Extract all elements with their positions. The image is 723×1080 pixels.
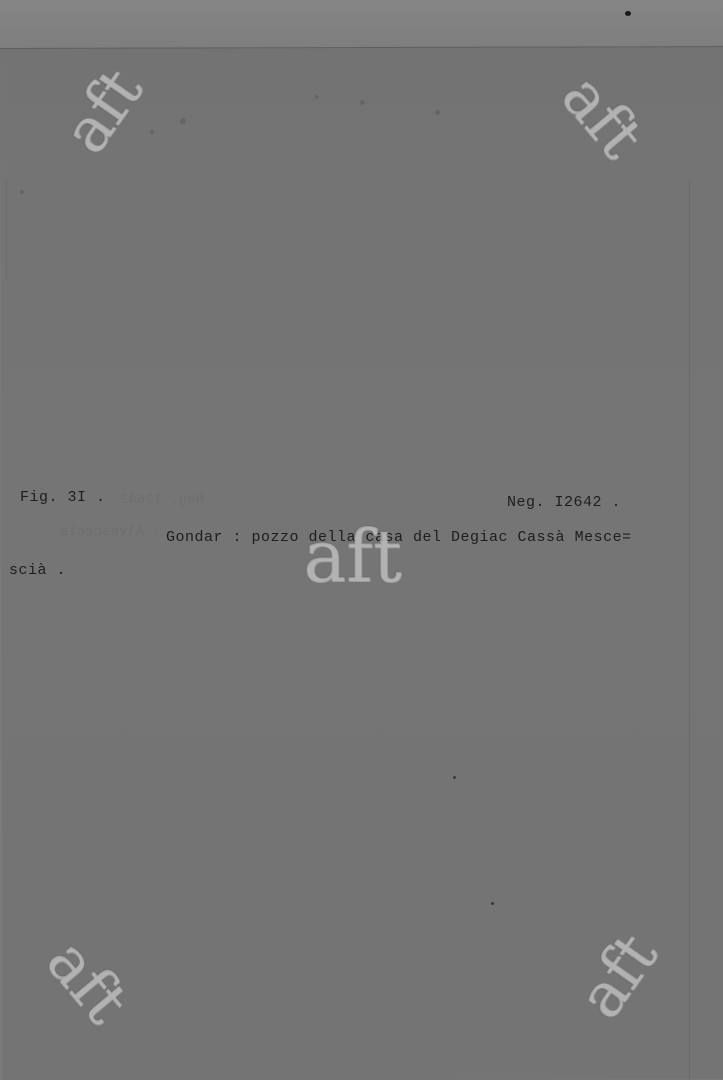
card-right-edge — [689, 180, 690, 1080]
dust-speck — [315, 95, 319, 99]
dust-speck — [180, 118, 186, 124]
top-background-strip — [0, 0, 723, 50]
dust-speck — [150, 130, 154, 134]
dust-speck — [453, 776, 456, 779]
bleed-through-text: Neg. I2642 — [120, 492, 204, 508]
bleed-through-text: . Alvescecia — [60, 524, 161, 540]
card-left-edge — [6, 180, 7, 280]
watermark-center: aft — [303, 520, 402, 592]
dust-speck — [360, 100, 365, 105]
negative-number: Neg. I2642 . — [507, 494, 621, 511]
dust-speck — [491, 902, 494, 905]
caption-line-2: scià . — [9, 562, 66, 579]
figure-label: Fig. 3I . — [20, 489, 106, 506]
dust-speck — [435, 110, 440, 115]
dust-speck — [625, 11, 631, 16]
dust-speck — [20, 190, 24, 194]
